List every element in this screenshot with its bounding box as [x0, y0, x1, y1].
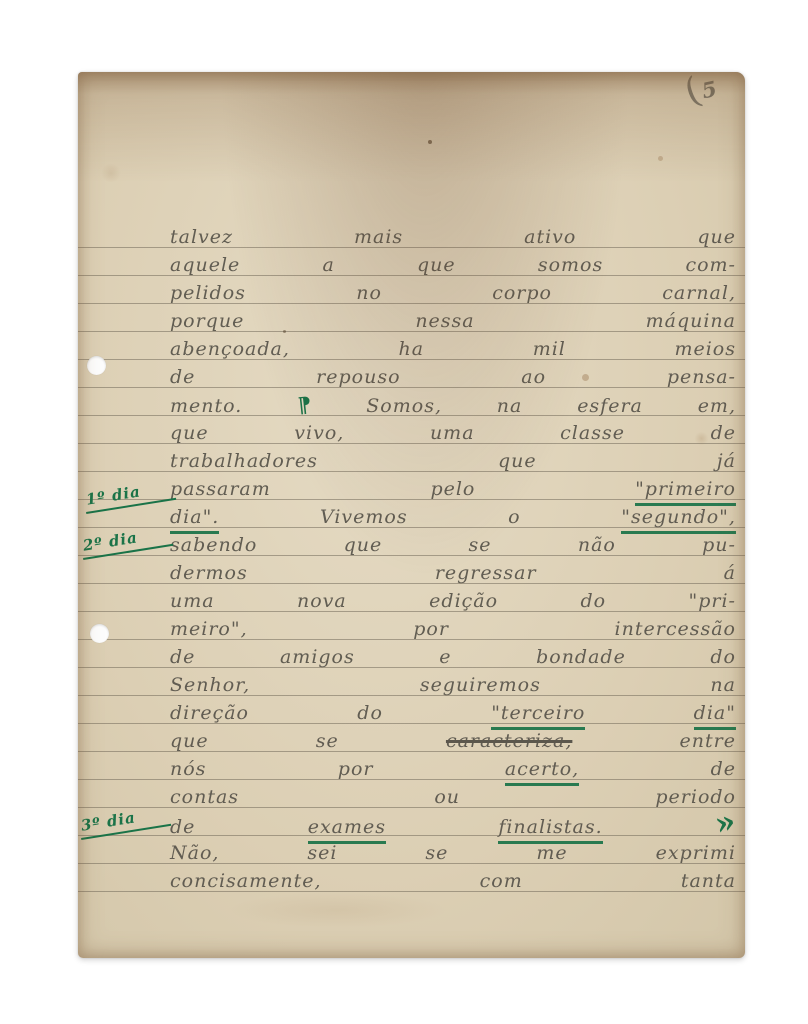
word: intercessão [615, 616, 736, 642]
word: "segundo", [621, 504, 736, 534]
word: pelo [430, 476, 475, 502]
word: somos [538, 252, 603, 278]
word: do [357, 700, 383, 726]
word: ao [521, 364, 546, 390]
handwriting-line: trabalhadoresquejá [170, 448, 736, 474]
word: regressar [435, 560, 537, 586]
word: direção [170, 700, 249, 726]
word: classe [560, 420, 625, 446]
word: de [711, 756, 736, 782]
word: aquele [170, 252, 240, 278]
word: na [497, 393, 523, 419]
word: do [710, 644, 736, 670]
word: que [417, 252, 456, 278]
word: tanta [681, 868, 736, 894]
word: Vivemos [320, 504, 408, 530]
word: por [413, 616, 449, 642]
word: se [425, 840, 448, 866]
word: no [356, 280, 382, 306]
word: corpo [492, 280, 552, 306]
word: exprimi [656, 840, 736, 866]
word: em, [698, 393, 736, 419]
handwriting-line: abençoada,hamilmeios [170, 336, 736, 362]
word: concisamente, [170, 868, 322, 894]
chevron-mark: » [713, 810, 738, 834]
word: repouso [316, 364, 400, 390]
handwriting-line: aqueleaquesomoscom- [170, 252, 736, 278]
word: me [536, 840, 567, 866]
page-number: ( 5 [686, 75, 717, 109]
handwriting-line: Senhor,seguiremosna [170, 672, 736, 698]
word: já [717, 448, 736, 474]
word: de [170, 814, 195, 840]
word: acerto, [505, 756, 579, 786]
word: ativo [524, 224, 576, 250]
handwriting-line: meiro",porintercessão [170, 616, 736, 642]
word: esfera [577, 393, 643, 419]
word: de [170, 364, 195, 390]
word: uma [170, 588, 215, 614]
word: pelidos [170, 280, 246, 306]
word: dia" [694, 700, 736, 730]
handwriting-line: dermosregressará [170, 560, 736, 586]
hole-punch-top [87, 356, 106, 375]
handwriting-line: derepousoaopensa- [170, 364, 736, 390]
handwriting-line: quevivo,umaclassede [170, 420, 736, 446]
word: que [498, 448, 537, 474]
handwriting-line: direçãodo"terceirodia" [170, 700, 736, 726]
word: não [578, 532, 616, 558]
word: meiro", [170, 616, 248, 642]
handwriting-line: passarampelo"primeiro [170, 476, 736, 502]
word: que [170, 420, 209, 446]
handwriting-line: pelidosnocorpocarnal, [170, 280, 736, 306]
handwriting-line: concisamente,comtanta [170, 868, 736, 894]
word: Senhor, [170, 672, 250, 698]
scan-background: ( 5 1º dia 2º dia 3º dia talvezmaisativo… [0, 0, 808, 1024]
handwriting-line: mento.¶Somos,naesferaem, [170, 392, 736, 418]
word: dia". [170, 504, 219, 534]
handwriting-line: Não,seisemeexprimi [170, 840, 736, 866]
word: dermos [170, 560, 248, 586]
handwriting-line: talvezmaisativoque [170, 224, 736, 250]
word: sabendo [170, 532, 257, 558]
word: seguiremos [420, 672, 541, 698]
word: Somos, [366, 393, 442, 419]
word: abençoada, [170, 336, 290, 362]
word: edição [429, 588, 498, 614]
word: que [344, 532, 383, 558]
word: contas [170, 784, 239, 810]
pilcrow-mark: ¶ [296, 391, 313, 418]
word: se [469, 532, 492, 558]
word: "terceiro [491, 700, 585, 730]
word: ha [399, 336, 425, 362]
word: bondade [536, 644, 626, 670]
word: na [710, 672, 736, 698]
handwriting-line: sabendoquesenãopu- [170, 532, 736, 558]
word: do [580, 588, 606, 614]
word: porque [170, 308, 244, 334]
handwriting-lines: talvezmaisativoqueaqueleaquesomoscom-pel… [78, 72, 745, 958]
word: nessa [415, 308, 474, 334]
word: pu- [702, 532, 736, 558]
word: uma [430, 420, 475, 446]
word: pensa- [667, 364, 736, 390]
word: trabalhadores [170, 448, 318, 474]
handwriting-line: nósporacerto,de [170, 756, 736, 782]
word: mento. [170, 393, 242, 419]
handwriting-line: contasouperiodo [170, 784, 736, 810]
word: de [711, 420, 736, 446]
word: se [316, 728, 339, 754]
word: mil [533, 336, 566, 362]
word: e [439, 644, 451, 670]
word: Não, [170, 840, 219, 866]
word: meios [674, 336, 736, 362]
word: com [480, 868, 523, 894]
word: talvez [170, 224, 233, 250]
handwriting-line: porquenessamáquina [170, 308, 736, 334]
word: a [322, 252, 334, 278]
word: passaram [170, 476, 271, 502]
word: "pri- [688, 588, 735, 614]
word: o [508, 504, 520, 530]
word: sei [307, 840, 337, 866]
word: "primeiro [635, 476, 736, 506]
word: vivo, [294, 420, 344, 446]
word: nova [297, 588, 347, 614]
word: nós [170, 756, 206, 782]
word: por [338, 756, 374, 782]
word: máquina [646, 308, 736, 334]
handwriting-line: umanovaediçãodo"pri- [170, 588, 736, 614]
hole-punch-bottom [90, 624, 109, 643]
word: mais [354, 224, 403, 250]
word: que [697, 224, 736, 250]
handwriting-line: deamigosebondadedo [170, 644, 736, 670]
word: de [170, 644, 195, 670]
handwriting-line: deexamesfinalistas.» [170, 812, 736, 838]
word: que [170, 728, 209, 754]
word: ou [434, 784, 460, 810]
word: amigos [280, 644, 355, 670]
word: carnal, [662, 280, 736, 306]
word: caracteriza, [446, 728, 572, 754]
word: com- [685, 252, 736, 278]
manuscript-page: ( 5 1º dia 2º dia 3º dia talvezmaisativo… [78, 72, 745, 958]
word: entre [680, 728, 736, 754]
handwriting-line: quesecaracteriza,entre [170, 728, 736, 754]
word: á [724, 560, 736, 586]
handwriting-line: dia".Vivemoso"segundo", [170, 504, 736, 530]
